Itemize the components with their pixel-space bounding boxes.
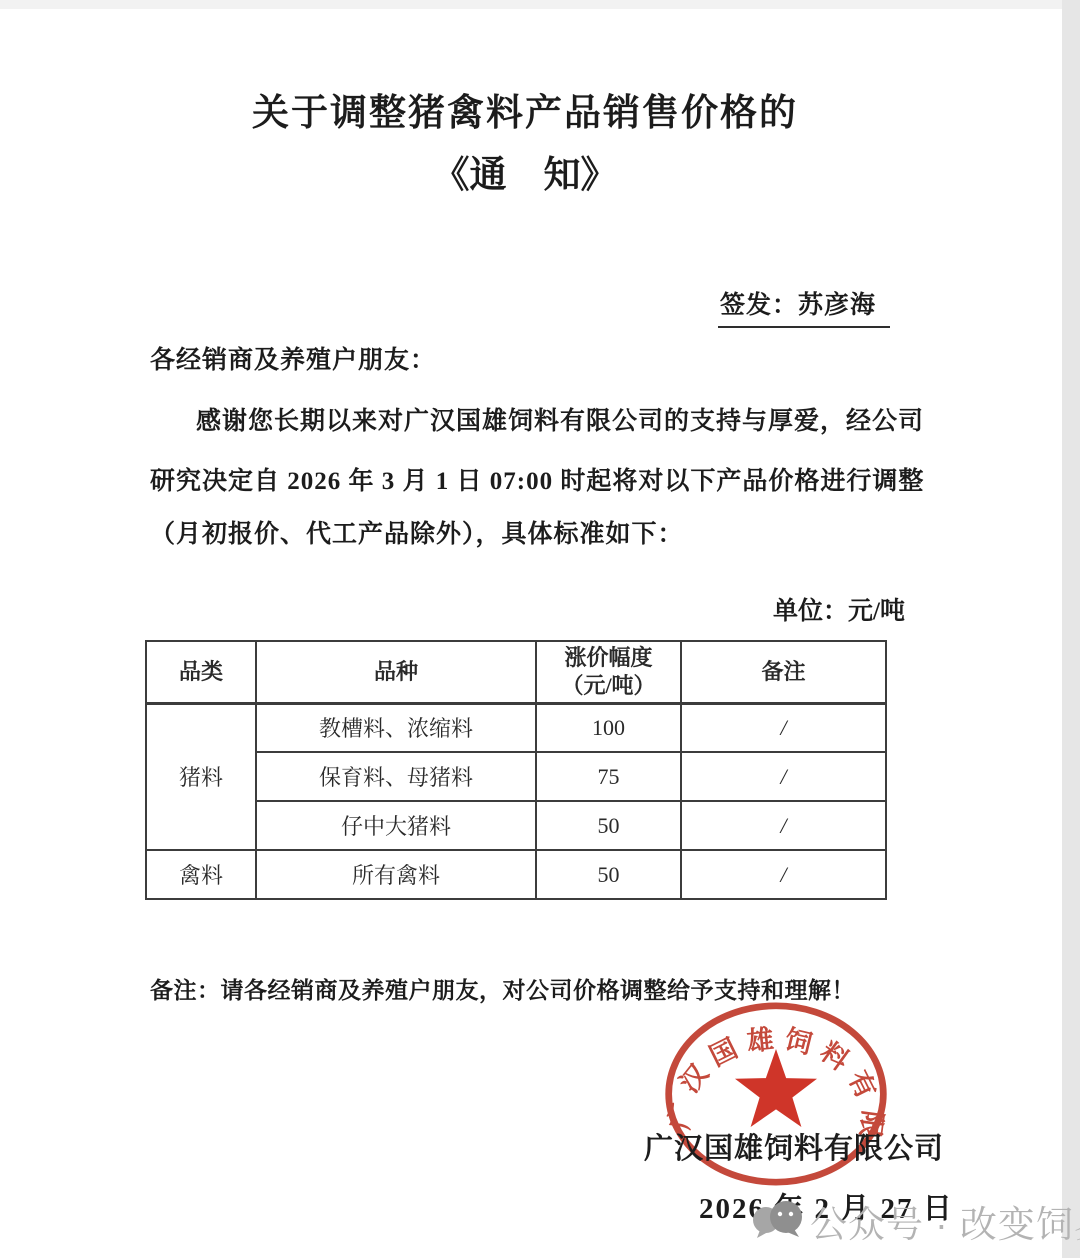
notice-document-page: 关于调整猪禽料产品销售价格的 《通 知》 签发：苏彦海 各经销商及养殖户朋友： … [0,0,1080,1258]
stamp-star-icon [735,1049,817,1127]
cell-remark: / [681,703,886,752]
issuer-line: 签发：苏彦海 [718,285,890,328]
company-name: 广汉国雄饲料有限公司 [644,1126,944,1167]
cell-increase: 50 [536,850,681,899]
cell-increase: 50 [536,801,681,850]
scan-edge-right [1062,0,1080,1258]
table-row: 禽料 所有禽料 50 / [146,850,886,899]
cell-increase: 100 [536,703,681,752]
page-title: 关于调整猪禽料产品销售价格的 [0,82,1050,136]
header-increase-line2: （元/吨） [537,672,680,700]
cell-variety: 仔中大猪料 [256,801,536,850]
wechat-bubbles-icon [750,1196,806,1246]
cell-remark: / [681,801,886,850]
scan-edge-top [0,0,1080,9]
cell-remark: / [681,850,886,899]
page-subtitle: 《通 知》 [0,144,1050,198]
body-paragraph-line-3: （月初报价、代工产品除外），具体标准如下： [150,514,684,550]
cell-variety: 所有禽料 [256,850,536,899]
cell-category-poultry: 禽料 [146,850,256,899]
body-paragraph-line-1: 感谢您长期以来对广汉国雄饲料有限公司的支持与厚爱，经公司 [196,401,924,437]
cell-increase: 75 [536,752,681,801]
table-row: 仔中大猪料 50 / [146,801,886,850]
cell-variety: 教槽料、浓缩料 [256,703,536,752]
table-row: 保育料、母猪料 75 / [146,752,886,801]
unit-label: 单位：元/吨 [0,591,905,627]
header-variety: 品种 [256,641,536,703]
price-adjustment-table: 品类 品种 涨价幅度 （元/吨） 备注 猪料 教槽料、浓缩料 100 / 保育料… [145,640,887,900]
watermark-text: 公众号 · 改变饲界 [810,1194,1080,1248]
cell-remark: / [681,752,886,801]
salutation-line: 各经销商及养殖户朋友： [150,340,436,376]
header-category: 品类 [146,641,256,703]
header-increase-line1: 涨价幅度 [537,644,680,672]
cell-variety: 保育料、母猪料 [256,752,536,801]
table-row: 猪料 教槽料、浓缩料 100 / [146,703,886,752]
cell-category-pig: 猪料 [146,703,256,850]
header-remark: 备注 [681,641,886,703]
table-header-row: 品类 品种 涨价幅度 （元/吨） 备注 [146,641,886,703]
header-increase: 涨价幅度 （元/吨） [536,641,681,703]
watermark: 公众号 · 改变饲界 [750,1194,1080,1248]
body-paragraph-line-2: 研究决定自 2026 年 3 月 1 日 07:00 时起将对以下产品价格进行调… [150,461,924,497]
